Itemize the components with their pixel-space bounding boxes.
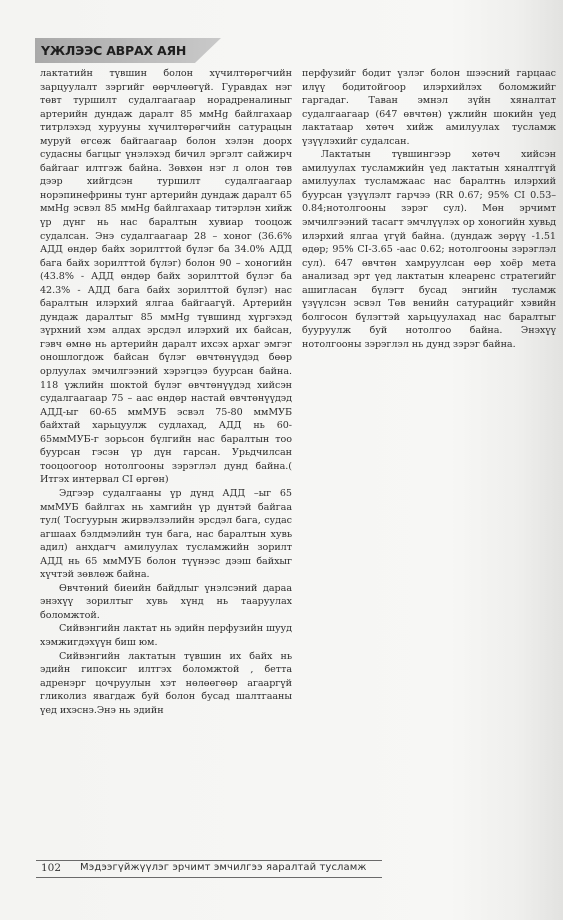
page-number: 102 (41, 862, 61, 874)
body-paragraph: лактатийн түвшин болон хүчилтөрөгчийн за… (40, 67, 292, 487)
right-text-column: перфузийг бодит үзлэг болон шээсний гарц… (302, 67, 556, 351)
body-paragraph: Эдгээр судалгааны үр дүнд АДД –ыг 65 ммМ… (40, 487, 292, 582)
body-paragraph: перфузийг бодит үзлэг болон шээсний гарц… (302, 67, 556, 148)
running-footer-title: Мэдээгүйжүүлэг эрчимт эмчилгээ яаралтай … (80, 862, 367, 873)
body-paragraph: Сийвэнгийн лактат нь эдийн перфузийн шуу… (40, 622, 292, 649)
body-paragraph: Лактатын түвшингээр хөтөч хийсэн амилуул… (302, 148, 556, 351)
footer-divider-bottom (36, 877, 382, 878)
body-paragraph: Өвчтөний биеийн байдлыг үнэлсэний дараа … (40, 582, 292, 623)
body-paragraph: Сийвэнгийн лактатын түвшин их байх нь эд… (40, 650, 292, 718)
section-title: ҮЖЛЭЭС АВРАХ АЯН (41, 43, 186, 58)
footer-divider-top (36, 860, 382, 861)
left-text-column: лактатийн түвшин болон хүчилтөрөгчийн за… (40, 67, 292, 717)
